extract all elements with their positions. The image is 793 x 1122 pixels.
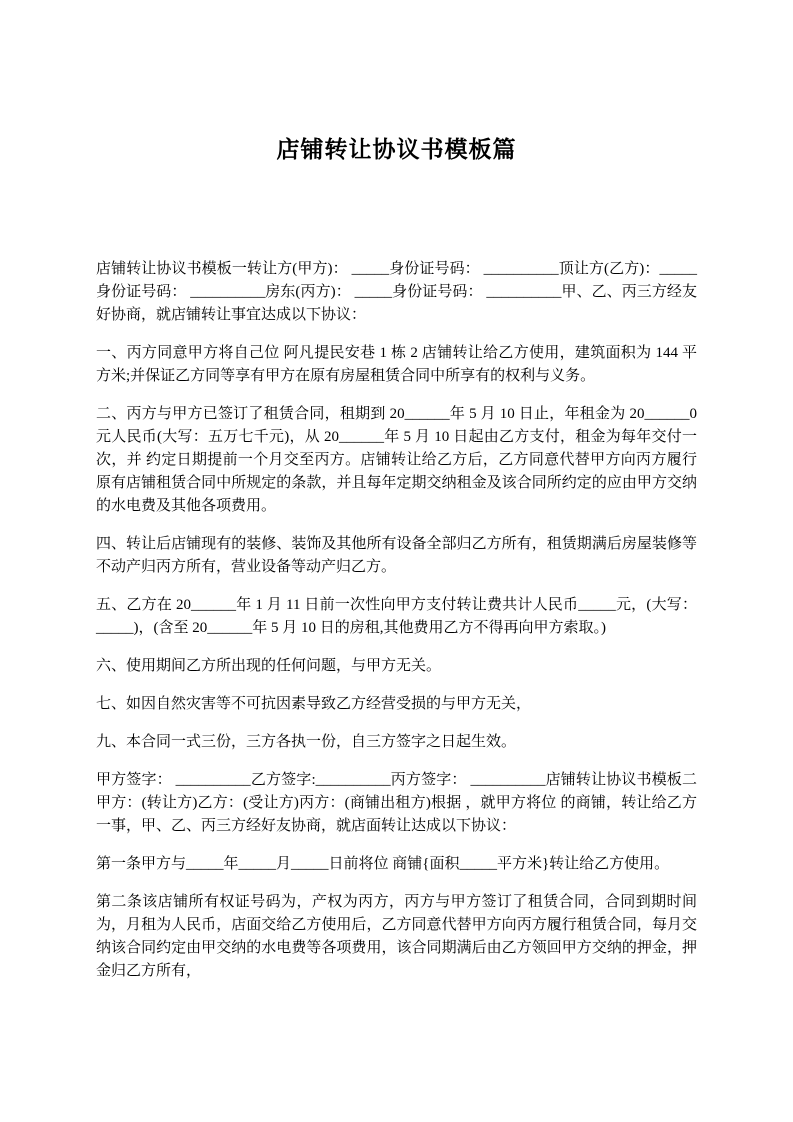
template2-article-1-paragraph: 第一条甲方与_____年_____月_____日前将位 商铺{面积_____平方…	[96, 853, 697, 876]
clause-5-paragraph: 五、乙方在 20______年 1 月 11 日前一次性向甲方支付转让费共计人民…	[96, 594, 697, 640]
preamble-parties-paragraph: 店铺转让协议书模板一转让方(甲方)： _____身份证号码： _________…	[96, 258, 697, 327]
template2-article-2-paragraph: 第二条该店铺所有权证号码为，产权为丙方，丙方与甲方签订了租赁合同，合同到期时间为…	[96, 891, 697, 983]
clause-7-paragraph: 七、如因自然灾害等不可抗因素导致乙方经营受损的与甲方无关，	[96, 693, 697, 716]
signatures-and-template2-intro-paragraph: 甲方签字： __________乙方签字:__________丙方签字： ___…	[96, 769, 697, 838]
clause-4-paragraph: 四、转让后店铺现有的装修、装饰及其他所有设备全部归乙方所有，租赁期满后房屋装修等…	[96, 533, 697, 579]
clause-1-paragraph: 一、丙方同意甲方将自己位 阿凡提民安巷 1 栋 2 店铺转让给乙方使用，建筑面积…	[96, 342, 697, 388]
document-page: 店铺转让协议书模板篇 店铺转让协议书模板一转让方(甲方)： _____身份证号码…	[0, 0, 793, 1122]
clause-9-paragraph: 九、本合同一式三份，三方各执一份，自三方签字之日起生效。	[96, 731, 697, 754]
clause-2-paragraph: 二、丙方与甲方已签订了租赁合同，租期到 20______年 5 月 10 日止，…	[96, 403, 697, 518]
document-title: 店铺转让协议书模板篇	[96, 135, 697, 165]
clause-6-paragraph: 六、使用期间乙方所出现的任何问题，与甲方无关。	[96, 655, 697, 678]
